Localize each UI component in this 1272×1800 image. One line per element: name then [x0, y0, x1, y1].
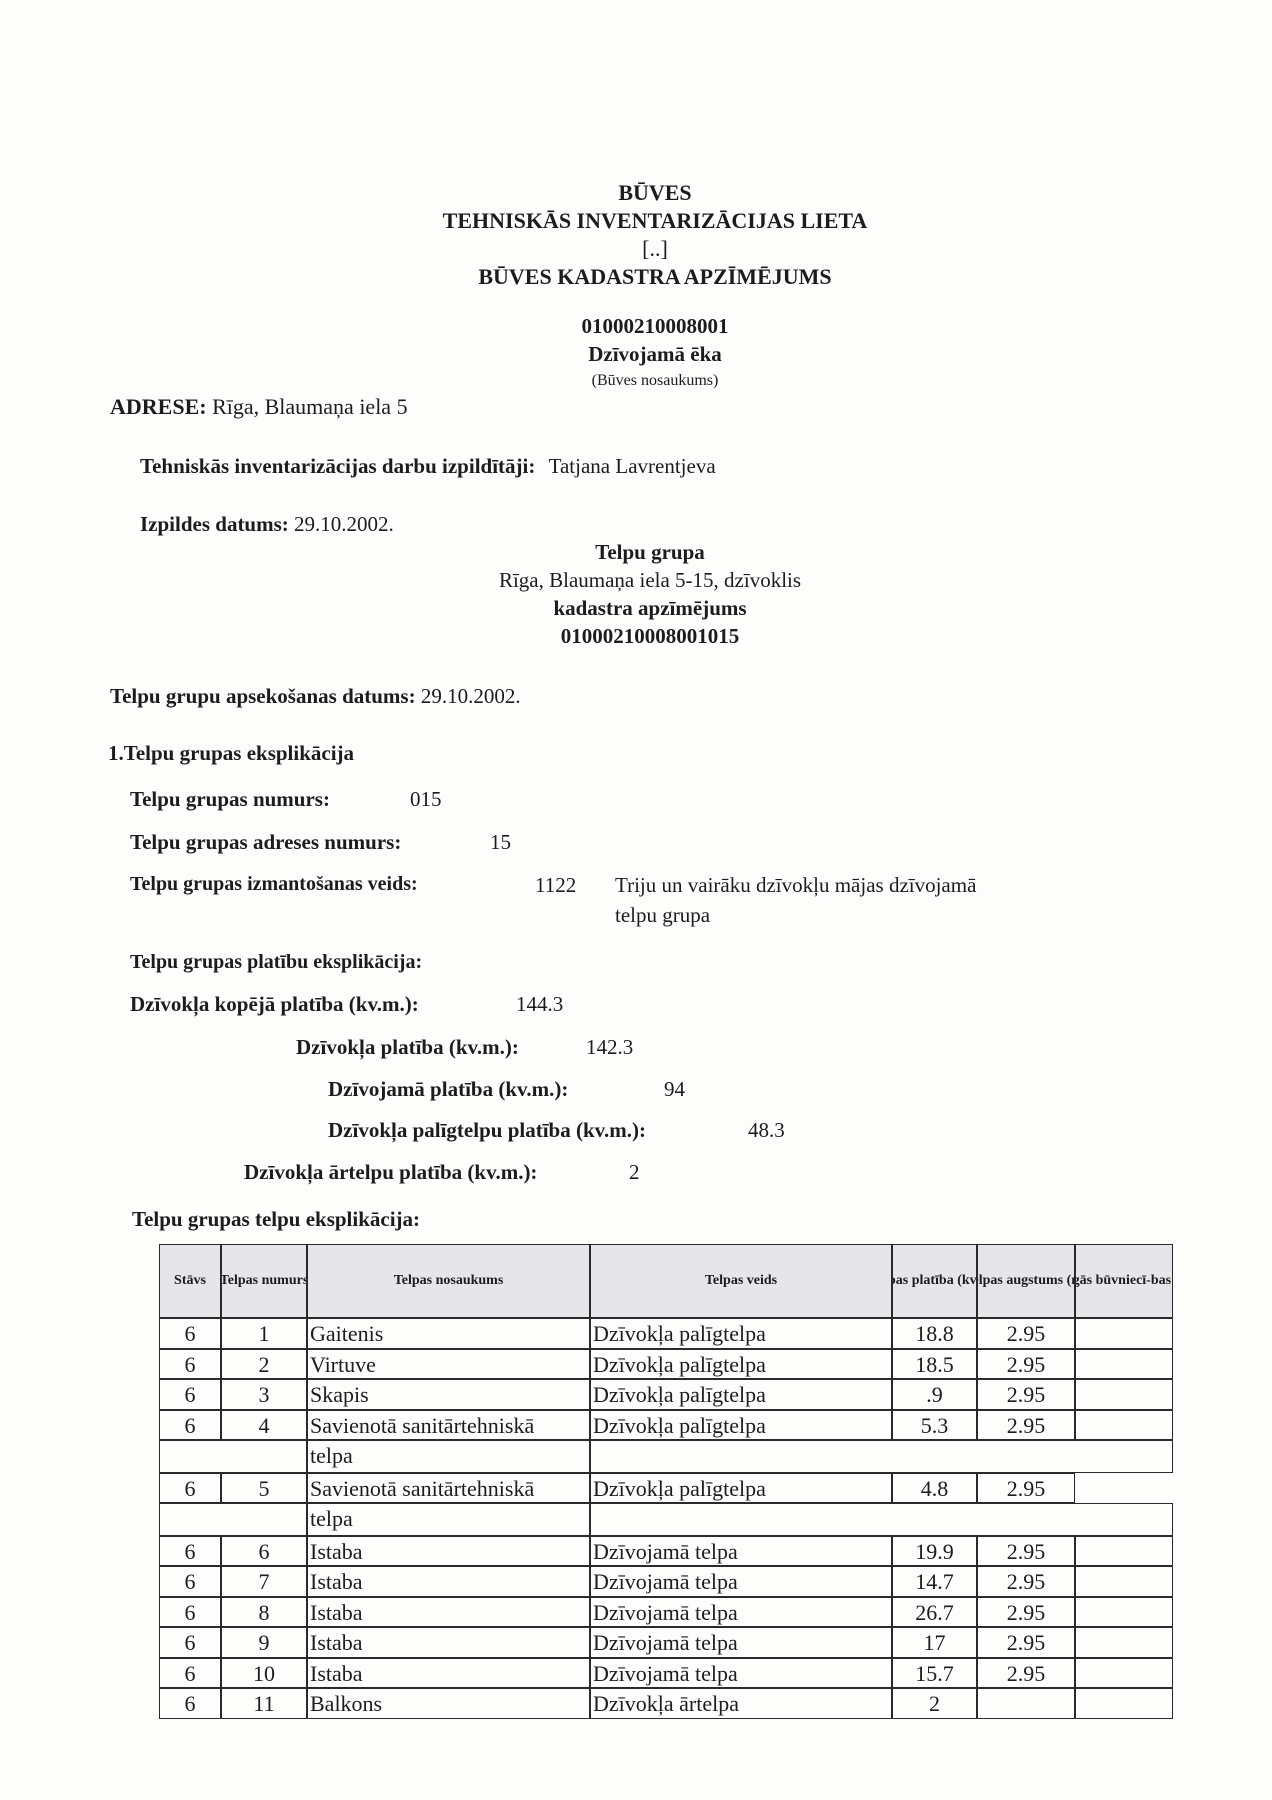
area-outdoor-line: Dzīvokļa ārtelpu platība (kv.m.): 2 — [244, 1160, 537, 1185]
area-auxiliary-value: 48.3 — [748, 1118, 785, 1143]
execution-date-line: Izpildes datums: 29.10.2002. — [140, 512, 394, 537]
room-height-cell: 2.95 — [977, 1536, 1075, 1567]
unauthorized-flag-cell — [1075, 1410, 1173, 1441]
room-number-cell: 10 — [221, 1658, 307, 1689]
area-living-label: Dzīvojamā platība (kv.m.): — [328, 1077, 568, 1101]
room-area-cell: 2 — [892, 1688, 977, 1719]
room-name-continuation: telpa — [307, 1440, 590, 1473]
floor-cell: 6 — [159, 1536, 221, 1567]
room-name-cell: Istaba — [307, 1627, 590, 1658]
room-type-cell: Dzīvokļa palīgtelpa — [590, 1410, 892, 1441]
room-type-cell: Dzīvokļa palīgtelpa — [590, 1473, 892, 1504]
rooms-explication-title: Telpu grupas telpu eksplikācija: — [132, 1207, 420, 1232]
area-outdoor-value: 2 — [629, 1160, 640, 1185]
header-room-type: Telpas veids — [590, 1244, 892, 1318]
room-height-cell: 2.95 — [977, 1566, 1075, 1597]
unauthorized-flag-cell — [1075, 1379, 1173, 1410]
area-living-line: Dzīvojamā platība (kv.m.): 94 — [328, 1077, 568, 1102]
inspection-date-line: Telpu grupu apsekošanas datums: 29.10.20… — [110, 684, 521, 709]
section1-title: 1.Telpu grupas eksplikācija — [108, 741, 354, 766]
floor-cell: 6 — [159, 1473, 221, 1504]
floor-cell: 6 — [159, 1627, 221, 1658]
room-number-cell: 7 — [221, 1566, 307, 1597]
room-type-cell: Dzīvojamā telpa — [590, 1658, 892, 1689]
room-type-cell: Dzīvokļa palīgtelpa — [590, 1349, 892, 1380]
address-label: ADRESE: — [110, 394, 207, 419]
header-unauthorized-flag: Patvaļīgās būvniecī-bas pazīme — [1075, 1244, 1173, 1318]
area-total-value: 144.3 — [516, 992, 563, 1017]
header-room-name: Telpas nosaukums — [307, 1244, 590, 1318]
area-auxiliary-label: Dzīvokļa palīgtelpu platība (kv.m.): — [328, 1118, 646, 1142]
room-area-cell: 17 — [892, 1627, 977, 1658]
room-number-cell: 6 — [221, 1536, 307, 1567]
room-group-cadastre-number: 01000210008001015 — [440, 624, 860, 649]
usage-type-line: Telpu grupas izmantošanas veids: 1122 Tr… — [130, 873, 1080, 933]
floor-cell: 6 — [159, 1410, 221, 1441]
room-height-cell: 2.95 — [977, 1410, 1075, 1441]
inspection-date-value: 29.10.2002. — [421, 684, 521, 708]
floor-cell: 6 — [159, 1566, 221, 1597]
header-room-number: Telpas numurs — [221, 1244, 307, 1318]
room-number-cell: 8 — [221, 1597, 307, 1628]
room-name-cell: Istaba — [307, 1597, 590, 1628]
group-number-label: Telpu grupas numurs: — [130, 787, 330, 811]
doc-title-line4: BŪVES KADASTRA APZĪMĒJUMS — [400, 264, 910, 290]
room-area-cell: 4.8 — [892, 1473, 977, 1504]
room-name-cell: Virtuve — [307, 1349, 590, 1380]
room-number-cell: 11 — [221, 1688, 307, 1719]
room-area-cell: 5.3 — [892, 1410, 977, 1441]
area-living-value: 94 — [664, 1077, 685, 1102]
group-number-line: Telpu grupas numurs: 015 — [130, 787, 330, 812]
room-height-cell: 2.95 — [977, 1597, 1075, 1628]
room-area-cell: 18.5 — [892, 1349, 977, 1380]
building-name: Dzīvojamā ēka — [560, 342, 750, 367]
executors-line: Tehniskās inventarizācijas darbu izpildī… — [140, 454, 716, 479]
room-height-cell: 2.95 — [977, 1658, 1075, 1689]
building-cadastre-number: 01000210008001 — [560, 314, 750, 339]
header-room-height: Telpas augstums (m) — [977, 1244, 1075, 1318]
empty-cell — [159, 1440, 307, 1473]
room-type-cell: Dzīvojamā telpa — [590, 1536, 892, 1567]
doc-title-line1: BŪVES — [400, 180, 910, 206]
usage-type-desc-line2: telpu grupa — [615, 903, 710, 928]
floor-cell: 6 — [159, 1658, 221, 1689]
address-value: Rīga, Blaumaņa iela 5 — [212, 394, 408, 419]
usage-type-code: 1122 — [535, 873, 576, 898]
unauthorized-flag-cell — [1075, 1627, 1173, 1658]
room-name-cell: Savienotā sanitārtehniskā — [307, 1473, 590, 1504]
address-number-line: Telpu grupas adreses numurs: 15 — [130, 830, 401, 855]
unauthorized-flag-cell — [1075, 1318, 1173, 1349]
room-group-cadastre-label: kadastra apzīmējums — [440, 596, 860, 621]
room-area-cell: 18.8 — [892, 1318, 977, 1349]
doc-title-line3: [..] — [400, 236, 910, 262]
address-number-value: 15 — [490, 830, 511, 855]
floor-cell: 6 — [159, 1688, 221, 1719]
room-name-cell: Istaba — [307, 1658, 590, 1689]
floor-cell: 6 — [159, 1318, 221, 1349]
header-floor: Stāvs — [159, 1244, 221, 1318]
floor-cell: 6 — [159, 1379, 221, 1410]
room-number-cell: 1 — [221, 1318, 307, 1349]
room-height-cell: 2.95 — [977, 1627, 1075, 1658]
group-number-value: 015 — [410, 787, 442, 812]
room-name-cell: Istaba — [307, 1536, 590, 1567]
building-name-caption: (Būves nosaukums) — [560, 372, 750, 390]
area-apartment-value: 142.3 — [586, 1035, 633, 1060]
usage-type-desc-line1: Triju un vairāku dzīvokļu mājas dzīvojam… — [615, 873, 976, 898]
address-number-label: Telpu grupas adreses numurs: — [130, 830, 401, 854]
unauthorized-flag-cell — [1075, 1688, 1173, 1719]
inspection-date-label: Telpu grupu apsekošanas datums: — [110, 684, 416, 708]
room-name-cell: Istaba — [307, 1566, 590, 1597]
room-area-cell: 26.7 — [892, 1597, 977, 1628]
unauthorized-flag-cell — [1075, 1536, 1173, 1567]
room-area-cell: 14.7 — [892, 1566, 977, 1597]
floor-cell: 6 — [159, 1597, 221, 1628]
usage-type-label: Telpu grupas izmantošanas veids: — [130, 873, 418, 896]
room-number-cell: 4 — [221, 1410, 307, 1441]
unauthorized-flag-cell — [1075, 1349, 1173, 1380]
room-number-cell: 3 — [221, 1379, 307, 1410]
doc-title-line2: TEHNISKĀS INVENTARIZĀCIJAS LIETA — [400, 208, 910, 234]
area-total-label: Dzīvokļa kopējā platība (kv.m.): — [130, 992, 419, 1016]
room-area-cell: 19.9 — [892, 1536, 977, 1567]
room-type-cell: Dzīvojamā telpa — [590, 1566, 892, 1597]
address-line: ADRESE: Rīga, Blaumaņa iela 5 — [110, 394, 408, 420]
room-group-title: Telpu grupa — [440, 540, 860, 565]
room-name-cell: Balkons — [307, 1688, 590, 1719]
room-name-cell: Savienotā sanitārtehniskā — [307, 1410, 590, 1441]
empty-cell — [590, 1503, 1173, 1536]
room-height-cell: 2.95 — [977, 1379, 1075, 1410]
room-number-cell: 2 — [221, 1349, 307, 1380]
area-apartment-line: Dzīvokļa platība (kv.m.): 142.3 — [296, 1035, 519, 1060]
room-height-cell: 2.95 — [977, 1473, 1075, 1504]
room-name-cell: Skapis — [307, 1379, 590, 1410]
room-height-cell: 2.95 — [977, 1349, 1075, 1380]
unauthorized-flag-cell — [1075, 1566, 1173, 1597]
room-area-cell: 15.7 — [892, 1658, 977, 1689]
room-height-cell — [977, 1688, 1075, 1719]
room-type-cell: Dzīvokļa palīgtelpa — [590, 1379, 892, 1410]
room-type-cell: Dzīvojamā telpa — [590, 1597, 892, 1628]
room-type-cell: Dzīvojamā telpa — [590, 1627, 892, 1658]
room-name-cell: Gaitenis — [307, 1318, 590, 1349]
room-number-cell: 9 — [221, 1627, 307, 1658]
executors-label: Tehniskās inventarizācijas darbu izpildī… — [140, 454, 535, 478]
area-outdoor-label: Dzīvokļa ārtelpu platība (kv.m.): — [244, 1160, 537, 1184]
area-total-line: Dzīvokļa kopējā platība (kv.m.): 144.3 — [130, 992, 419, 1017]
header-room-area: Telpas platība (kv.m.) — [892, 1244, 977, 1318]
room-area-cell: .9 — [892, 1379, 977, 1410]
area-apartment-label: Dzīvokļa platība (kv.m.): — [296, 1035, 519, 1059]
empty-cell — [159, 1503, 307, 1536]
room-name-continuation: telpa — [307, 1503, 590, 1536]
room-number-cell: 5 — [221, 1473, 307, 1504]
unauthorized-flag-cell — [1075, 1658, 1173, 1689]
area-auxiliary-line: Dzīvokļa palīgtelpu platība (kv.m.): 48.… — [328, 1118, 646, 1143]
room-group-address: Rīga, Blaumaņa iela 5-15, dzīvoklis — [440, 568, 860, 593]
execution-date-value: 29.10.2002. — [294, 512, 394, 536]
floor-cell: 6 — [159, 1349, 221, 1380]
room-type-cell: Dzīvokļa palīgtelpa — [590, 1318, 892, 1349]
executors-value: Tatjana Lavrentjeva — [549, 454, 716, 478]
execution-date-label: Izpildes datums: — [140, 512, 289, 536]
room-height-cell: 2.95 — [977, 1318, 1075, 1349]
unauthorized-flag-cell — [1075, 1597, 1173, 1628]
area-explication-title: Telpu grupas platību eksplikācija: — [130, 951, 422, 974]
empty-cell — [590, 1440, 1173, 1473]
room-type-cell: Dzīvokļa ārtelpa — [590, 1688, 892, 1719]
